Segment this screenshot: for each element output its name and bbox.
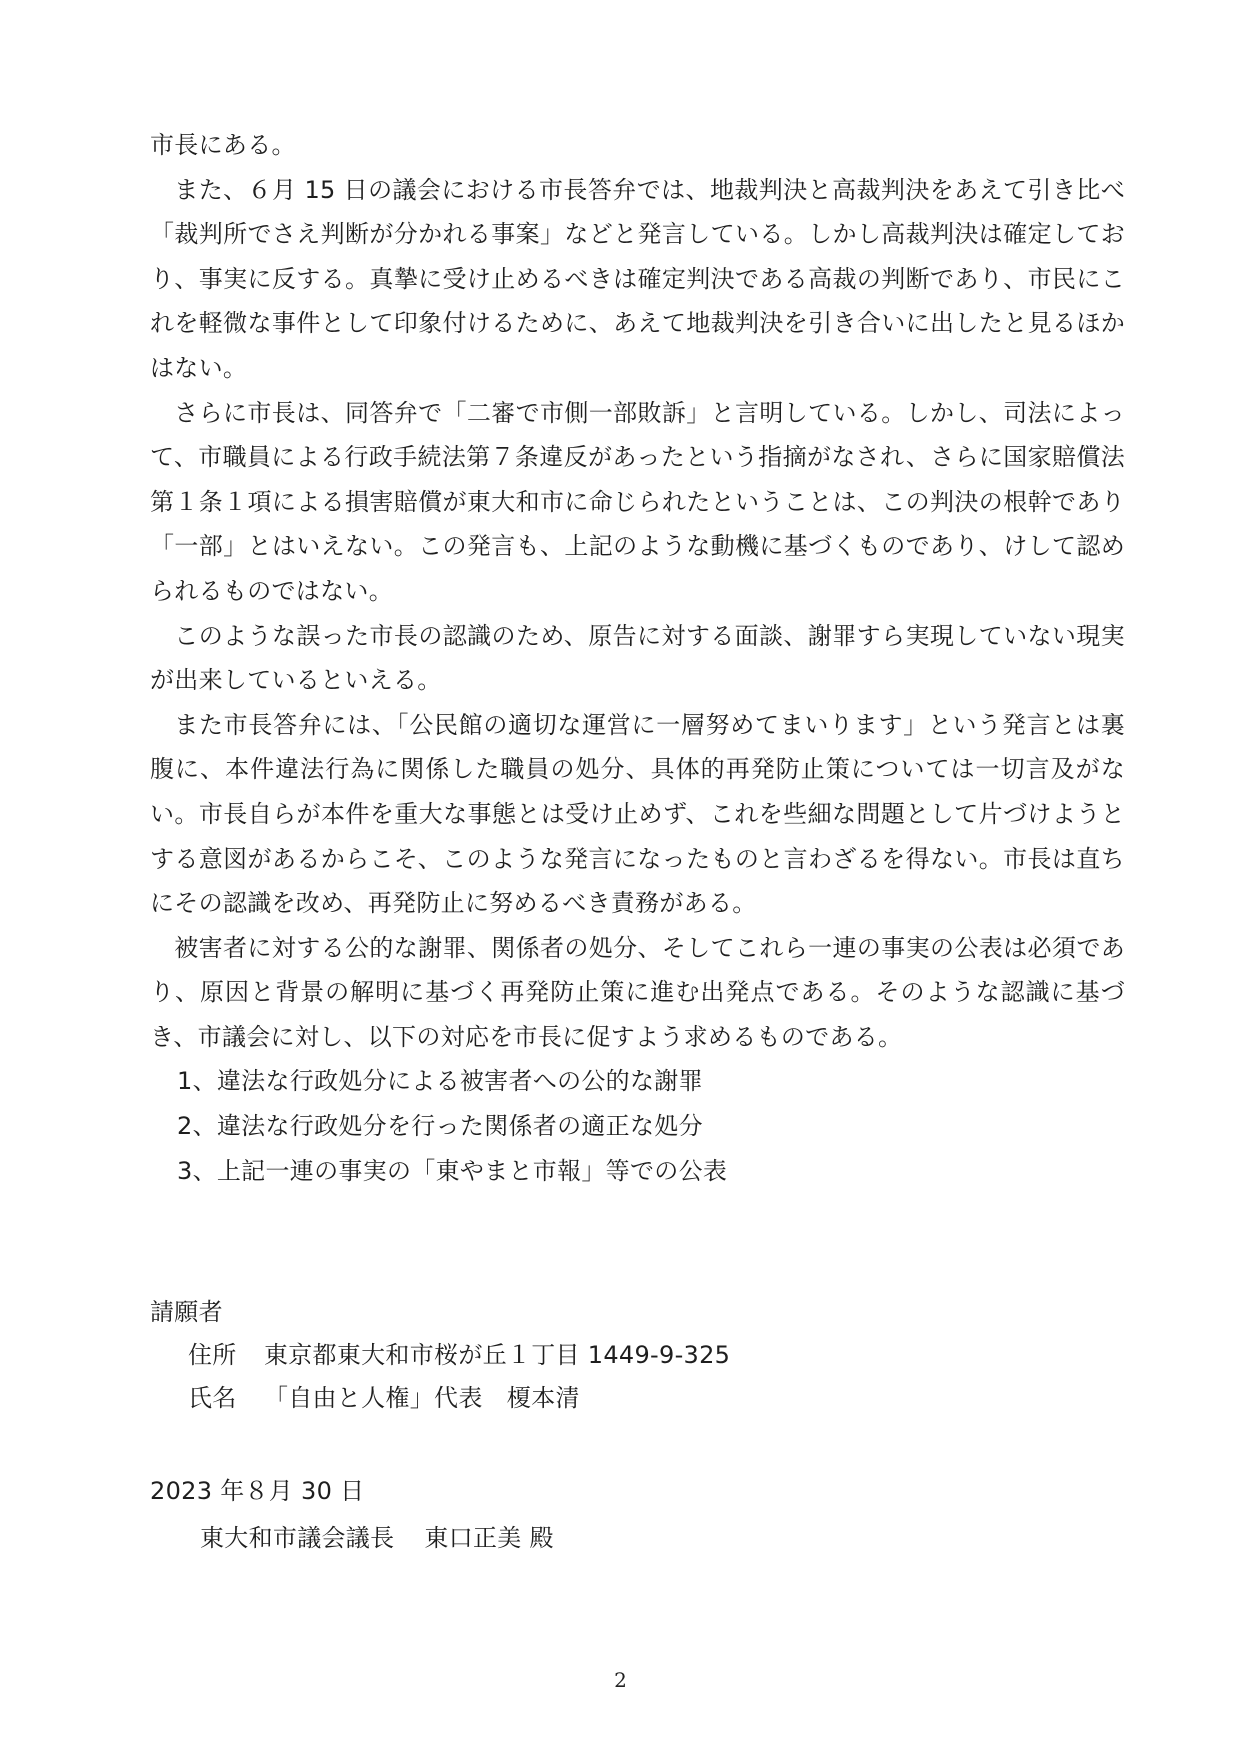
paragraph: また、６月 15 日の議会における市長答弁では、地裁判決と高裁判決をあえて引き比… xyxy=(150,168,1125,391)
addressee: 東大和市議会議長東口正美 殿 xyxy=(150,1515,554,1562)
date-block: 2023 年８月 30 日 東大和市議会議長東口正美 殿 xyxy=(150,1468,554,1562)
paragraph: このような誤った市長の認識のため、原告に対する面談、謝罪すら実現していない現実が… xyxy=(150,614,1125,703)
page-number: 2 xyxy=(0,1668,1241,1692)
address-row: 住所 東京都東大和市桜が丘１丁目 1449-9-325 xyxy=(150,1334,730,1377)
addressee-name: 東口正美 殿 xyxy=(424,1524,553,1552)
name-row: 氏名 「自由と人権」代表 榎本清 xyxy=(150,1377,730,1420)
paragraph: 市長にある。 xyxy=(150,123,1125,168)
request-item: 1、違法な行政処分による被害者への公的な謝罪 xyxy=(150,1059,1125,1104)
request-list: 1、違法な行政処分による被害者への公的な謝罪 2、違法な行政処分を行った関係者の… xyxy=(150,1059,1125,1193)
name-label: 氏名 xyxy=(188,1377,256,1420)
paragraph: 被害者に対する公的な謝罪、関係者の処分、そしてこれら一連の事実の公表は必須であり… xyxy=(150,926,1125,1060)
name-value: 「自由と人権」代表 榎本清 xyxy=(264,1384,580,1412)
petition-body: 市長にある。 また、６月 15 日の議会における市長答弁では、地裁判決と高裁判決… xyxy=(150,123,1125,1193)
addressee-title: 東大和市議会議長 xyxy=(200,1524,394,1552)
paragraph: さらに市長は、同答弁で「二審で市側一部敗訴」と言明している。しかし、司法によって… xyxy=(150,391,1125,614)
document-page: 市長にある。 また、６月 15 日の議会における市長答弁では、地裁判決と高裁判決… xyxy=(0,0,1241,1755)
address-label: 住所 xyxy=(188,1334,256,1377)
date: 2023 年８月 30 日 xyxy=(150,1468,554,1515)
request-item: 3、上記一連の事実の「東やまと市報」等での公表 xyxy=(150,1149,1125,1194)
petitioner-block: 請願者 住所 東京都東大和市桜が丘１丁目 1449-9-325 氏名 「自由と人… xyxy=(150,1291,730,1420)
paragraph: また市長答弁には、「公民館の適切な運営に一層努めてまいります」という発言とは裏腹… xyxy=(150,703,1125,926)
address-value: 東京都東大和市桜が丘１丁目 1449-9-325 xyxy=(264,1341,730,1369)
request-item: 2、違法な行政処分を行った関係者の適正な処分 xyxy=(150,1104,1125,1149)
petitioner-heading: 請願者 xyxy=(150,1291,730,1334)
